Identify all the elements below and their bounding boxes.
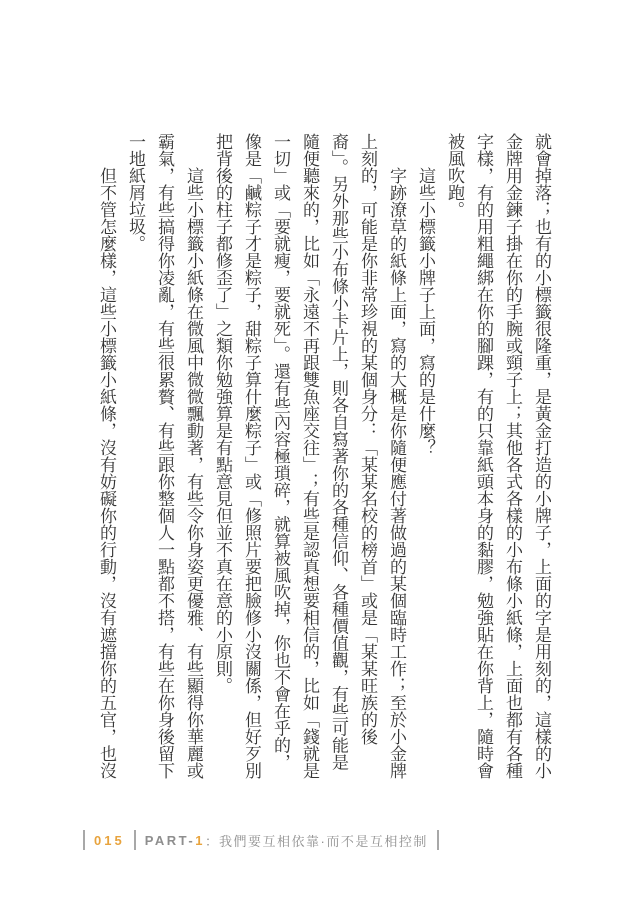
footer-divider (134, 830, 136, 850)
paragraph: 這些小標籤小牌子上面，寫的是什麼？ (411, 133, 440, 779)
body-text: 就會掉落；也有的小標籤很隆重，是黃金打造的小牌子，上面的字是用刻的，這樣的小金牌… (92, 133, 556, 779)
page-number: 015 (94, 833, 125, 848)
part-title: 我們要互相依靠·而不是互相控制 (219, 831, 428, 850)
paragraph: 就會掉落；也有的小標籤很隆重，是黃金打造的小牌子，上面的字是用刻的，這樣的小金牌… (440, 133, 556, 779)
paragraph: 這些小標籤小紙條在微風中微微飄動著，有些令你身姿更優雅、有些顯得你華麗或霸氣，有… (121, 133, 208, 779)
paragraph: 但不管怎麼樣，這些小標籤小紙條，沒有妨礙你的行動，沒有遮擋你的五官，也沒 (92, 133, 121, 779)
paragraph: 字跡潦草的紙條上面，寫的大概是你隨便應付著做過的某個臨時工作；至於小金牌上刻的，… (208, 133, 411, 779)
footer-divider (83, 830, 85, 850)
page-footer: 015 PART-1：我們要互相依靠·而不是互相控制 (74, 827, 448, 853)
book-page: 就會掉落；也有的小標籤很隆重，是黃金打造的小牌子，上面的字是用刻的，這樣的小金牌… (0, 0, 640, 900)
part-colon: ： (205, 831, 219, 850)
part-number: 1 (195, 833, 205, 848)
footer-divider (437, 830, 439, 850)
part-label: PART- (145, 833, 196, 848)
